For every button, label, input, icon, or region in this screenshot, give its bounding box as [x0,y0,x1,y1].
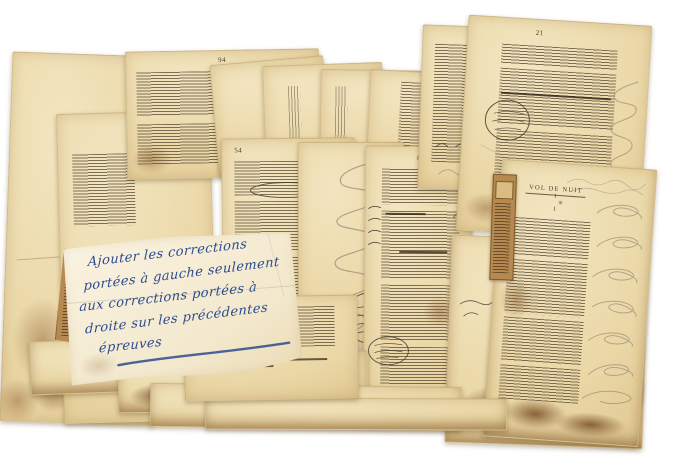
stain [77,351,119,380]
ink-strike-mark [386,213,426,215]
ink-margin-note [458,296,495,323]
ink-margin-note [366,203,382,255]
pencil-loop-scribbles [580,198,650,409]
ink-circled-note [366,335,410,367]
printed-text-block [501,316,584,365]
ink-circle-annotation [482,97,533,144]
printed-text-block [501,44,618,71]
proof-page-edge [205,397,507,430]
stain [554,410,627,439]
rust-spot [558,200,563,205]
clipping-print-lines [493,203,511,274]
page-number: 21 [469,26,611,42]
printed-text-block [381,211,460,280]
clipping-label [495,181,514,200]
newspaper-clipping-strip [489,174,517,281]
ink-strike-mark [399,251,447,253]
printed-text-block [508,217,590,260]
printed-text-block [498,364,580,403]
photo-scene: 94 54 [0,0,700,467]
stain [132,144,173,175]
page-number: 54 [234,147,242,154]
handwritten-note: Ajouter les corrections portées à gauche… [61,227,303,387]
proof-page-vol-de-nuit: VOL DE NUIT 1 I [482,159,657,447]
